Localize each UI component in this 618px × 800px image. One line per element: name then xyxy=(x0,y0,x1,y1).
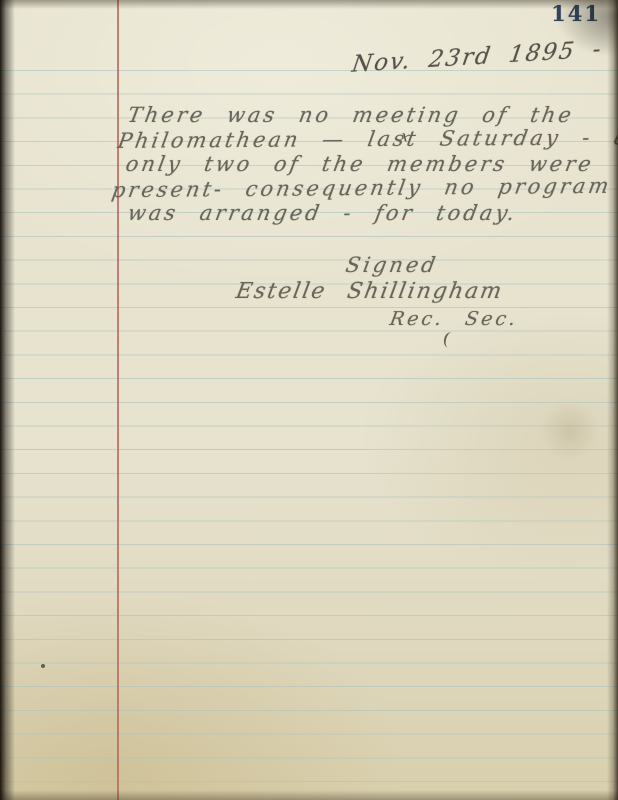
body-line-5: was arranged - for today. xyxy=(126,200,520,226)
signature-name: Estelle Shillingham xyxy=(234,279,506,305)
page-number: 141 xyxy=(551,1,601,26)
ink-speck xyxy=(41,664,45,668)
ledger-page-scan: 141 Nov. 23rd 1895 - There was no meetin… xyxy=(0,0,618,800)
signature-signed-label: Signed xyxy=(344,252,441,278)
body-line-4: present- consequently no program xyxy=(110,173,614,203)
paper-smudge xyxy=(540,400,600,460)
body-line-2: Philomathean — last Saturday - as xyxy=(116,124,618,154)
red-margin-line xyxy=(117,0,119,800)
signature-title: Rec. Sec. xyxy=(388,306,521,332)
body-line-1: There was no meeting of the xyxy=(126,102,577,128)
